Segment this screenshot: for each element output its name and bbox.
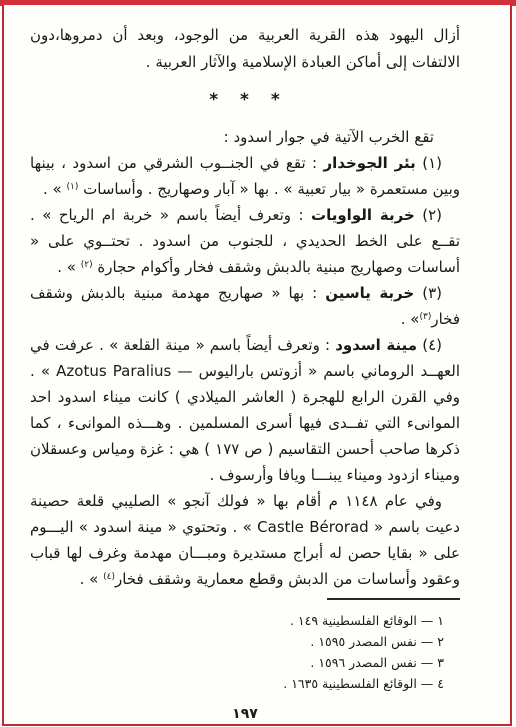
footnote-ref-3: (٣)	[419, 312, 431, 322]
list-item-1: (١) بئر الجوخدار : تقع في الجنــوب الشرق…	[30, 150, 460, 202]
footnote-line-3: ٣ — نفس المصدر ١٥٩٦ .	[30, 652, 444, 673]
item-text: : وتعرف أيضاً باسم « مينة القلعة » . عرف…	[30, 336, 460, 484]
footnote-ref-2: (٢)	[81, 260, 93, 270]
intro-paragraph: أزال اليهود هذه القرية العربية من الوجود…	[30, 22, 460, 76]
footnote-ref-1: (١)	[67, 182, 79, 192]
page-number: ١٩٧	[30, 706, 460, 722]
item-tail: » .	[57, 258, 80, 276]
lead-paragraph: تقع الخرب الآتية في جوار اسدود :	[30, 124, 460, 150]
page-content: أزال اليهود هذه القرية العربية من الوجود…	[30, 22, 460, 722]
footnote-ref-4: (٤)	[103, 572, 115, 582]
item-title: بئر الجوخدار	[324, 154, 416, 172]
item-tail: » .	[43, 180, 66, 198]
item-number: (٤)	[422, 336, 442, 354]
item-tail: » .	[401, 310, 420, 328]
closing-tail: » .	[80, 570, 103, 588]
item-title: خربة ياسين	[325, 284, 414, 302]
list-item-2: (٢) خربة الواويات : وتعرف أيضاً باسم « خ…	[30, 202, 460, 280]
item-number: (٢)	[422, 206, 442, 224]
item-number: (٣)	[422, 284, 442, 302]
item-title: مينة اسدود	[335, 336, 417, 354]
list-item-3: (٣) خربة ياسين : بها « صهاريج مهدمة مبني…	[30, 280, 460, 332]
footnote-separator-line	[327, 598, 460, 600]
closing-paragraph: وفي عام ١١٤٨ م أقام بها « فولك آنجو » ال…	[30, 488, 460, 592]
footnotes-section: ١ — الوقائع الفلسطينية ١٤٩ . ٢ — نفس الم…	[30, 610, 460, 694]
footnote-line-1: ١ — الوقائع الفلسطينية ١٤٩ .	[30, 610, 444, 631]
footnote-line-2: ٢ — نفس المصدر ١٥٩٥ .	[30, 631, 444, 652]
section-separator-stars: * * *	[30, 88, 460, 112]
footnote-line-4: ٤ — الوقائع الفلسطينية ١٦٣٥ .	[30, 673, 444, 694]
list-item-4: (٤) مينة اسدود : وتعرف أيضاً باسم « مينة…	[30, 332, 460, 488]
item-number: (١)	[422, 154, 442, 172]
item-title: خربة الواويات	[311, 206, 415, 224]
